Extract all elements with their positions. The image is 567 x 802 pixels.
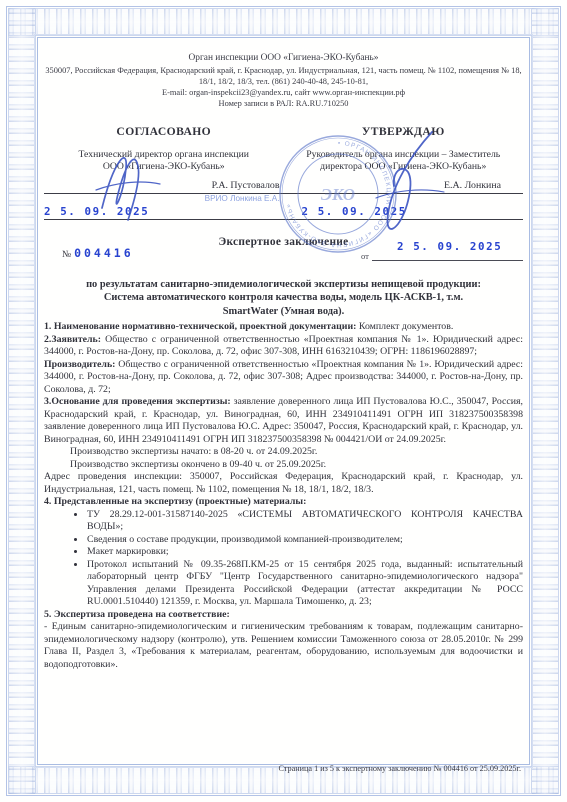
organization-contacts: E-mail: organ-inspekcii23@yandex.ru, сай… xyxy=(44,87,523,98)
paragraph-basis: 3.Основание для проведения экспертизы: з… xyxy=(44,396,523,446)
approval-section: СОГЛАСОВАНО Технический директор органа … xyxy=(44,125,523,220)
materials-list: ТУ 28.29.12-001-31587140-2025 «СИСТЕМЫ А… xyxy=(44,509,523,609)
date-underline xyxy=(372,254,523,261)
paragraph-end-time: Производство экспертизы окончено в 09-40… xyxy=(44,459,523,472)
paragraph-start-time: Производство экспертизы начато: в 08-20 … xyxy=(44,446,523,459)
conclusion-number: №004416 xyxy=(62,246,134,260)
agreed-block: СОГЛАСОВАНО Технический директор органа … xyxy=(44,125,284,220)
materials-heading: 4. Представленные на экспертизу (проектн… xyxy=(44,496,523,509)
letterhead: Орган инспекции ООО «Гигиена-ЭКО-Кубань»… xyxy=(44,52,523,110)
agreed-role-line1: Технический директор органа инспекции xyxy=(44,149,284,161)
conclusion-header: Экспертное заключение №004416 2 5. 09. 2… xyxy=(44,232,523,276)
agreed-role-line2: ООО «Гигиена-ЭКО-Кубань» xyxy=(44,161,284,173)
paragraph-basis-label: 3.Основание для проведения экспертизы: xyxy=(44,396,231,407)
agreed-signer-name: Р.А. Пустовалов xyxy=(212,180,284,191)
paragraph-applicant-label: 2.Заявитель: xyxy=(44,334,101,345)
document-body: 1. Наименование нормативно-технической, … xyxy=(44,321,523,671)
approved-signature-line: Е.А. Лонкина xyxy=(284,173,524,193)
approved-block: УТВЕРЖДАЮ Руководитель органа инспекции … xyxy=(284,125,524,220)
subject-line2: Система автоматического контроля качеств… xyxy=(44,291,523,305)
agreed-date-line: 2 5. 09. 2025 xyxy=(44,204,284,220)
approved-signer-name: Е.А. Лонкина xyxy=(444,180,523,191)
border-band-right xyxy=(531,8,559,794)
registry-number: Номер записи в РАЛ: RA.RU.710250 xyxy=(44,98,523,109)
date-prefix: от xyxy=(361,251,369,261)
approved-role: Руководитель органа инспекции – Заместит… xyxy=(284,149,524,173)
expert-conclusion-document: Орган инспекции ООО «Гигиена-ЭКО-Кубань»… xyxy=(0,0,567,802)
compliance-text: - Единым санитарно-эпидемиологическим и … xyxy=(44,621,523,671)
agreed-date-stamp: 2 5. 09. 2025 xyxy=(44,205,149,218)
list-item: Макет маркировки; xyxy=(86,546,523,559)
approved-role-line1: Руководитель органа инспекции – Заместит… xyxy=(284,149,524,161)
paragraph-manufacturer-label: Производитель: xyxy=(44,359,115,370)
approved-date-line: 2 5. 09. 2025 xyxy=(284,204,524,220)
conclusion-subject: по результатам санитарно-эпидемиологичес… xyxy=(44,278,523,319)
number-stamp: 004416 xyxy=(74,246,134,260)
paragraph-documentation-text: Комплект документов. xyxy=(356,321,453,332)
organization-name: Орган инспекции ООО «Гигиена-ЭКО-Кубань» xyxy=(44,52,523,65)
approved-stamp-spacer xyxy=(284,194,524,204)
agreed-title: СОГЛАСОВАНО xyxy=(44,125,284,139)
paragraph-inspection-address: Адрес проведения инспекции: 350007, Росс… xyxy=(44,471,523,496)
list-item: Сведения о составе продукции, производим… xyxy=(86,534,523,547)
agreed-role: Технический директор органа инспекции ОО… xyxy=(44,149,284,173)
approved-date-stamp: 2 5. 09. 2025 xyxy=(302,205,407,218)
approved-role-line2: директора ООО «Гигиена-ЭКО-Кубань» xyxy=(284,161,524,173)
subject-line3: SmartWater (Умная вода). xyxy=(44,305,523,319)
border-band-left xyxy=(8,8,36,794)
approved-title: УТВЕРЖДАЮ xyxy=(284,125,524,139)
paragraph-applicant: 2.Заявитель: Общество с ограниченной отв… xyxy=(44,334,523,359)
paragraph-manufacturer: Производитель: Общество с ограниченной о… xyxy=(44,359,523,397)
paragraph-documentation: 1. Наименование нормативно-технической, … xyxy=(44,321,523,334)
paragraph-manufacturer-text: Общество с ограниченной ответственностью… xyxy=(44,359,523,395)
border-band-top xyxy=(8,8,559,36)
conclusion-date: 2 5. 09. 2025 от xyxy=(361,240,523,261)
document-content: Орган инспекции ООО «Гигиена-ЭКО-Кубань»… xyxy=(44,52,523,671)
paragraph-documentation-label: 1. Наименование нормативно-технической, … xyxy=(44,321,356,332)
organization-address: 350007, Российская Федерация, Краснодарс… xyxy=(44,65,523,88)
page-footer: Страница 1 из 5 к экспертному заключению… xyxy=(278,764,521,773)
list-item: ТУ 28.29.12-001-31587140-2025 «СИСТЕМЫ А… xyxy=(86,509,523,534)
list-item: Протокол испытаний № 09.35-268П.КМ-25 от… xyxy=(86,559,523,609)
acting-officer-stamp: ВРИО Лонкина Е.А. xyxy=(44,194,284,204)
number-sign: № xyxy=(62,250,71,260)
paragraph-applicant-text: Общество с ограниченной ответственностью… xyxy=(44,334,523,358)
compliance-heading: 5. Экспертиза проведена на соответствие: xyxy=(44,609,523,622)
agreed-signature-line: Р.А. Пустовалов xyxy=(44,173,284,193)
subject-line1: по результатам санитарно-эпидемиологичес… xyxy=(44,278,523,292)
